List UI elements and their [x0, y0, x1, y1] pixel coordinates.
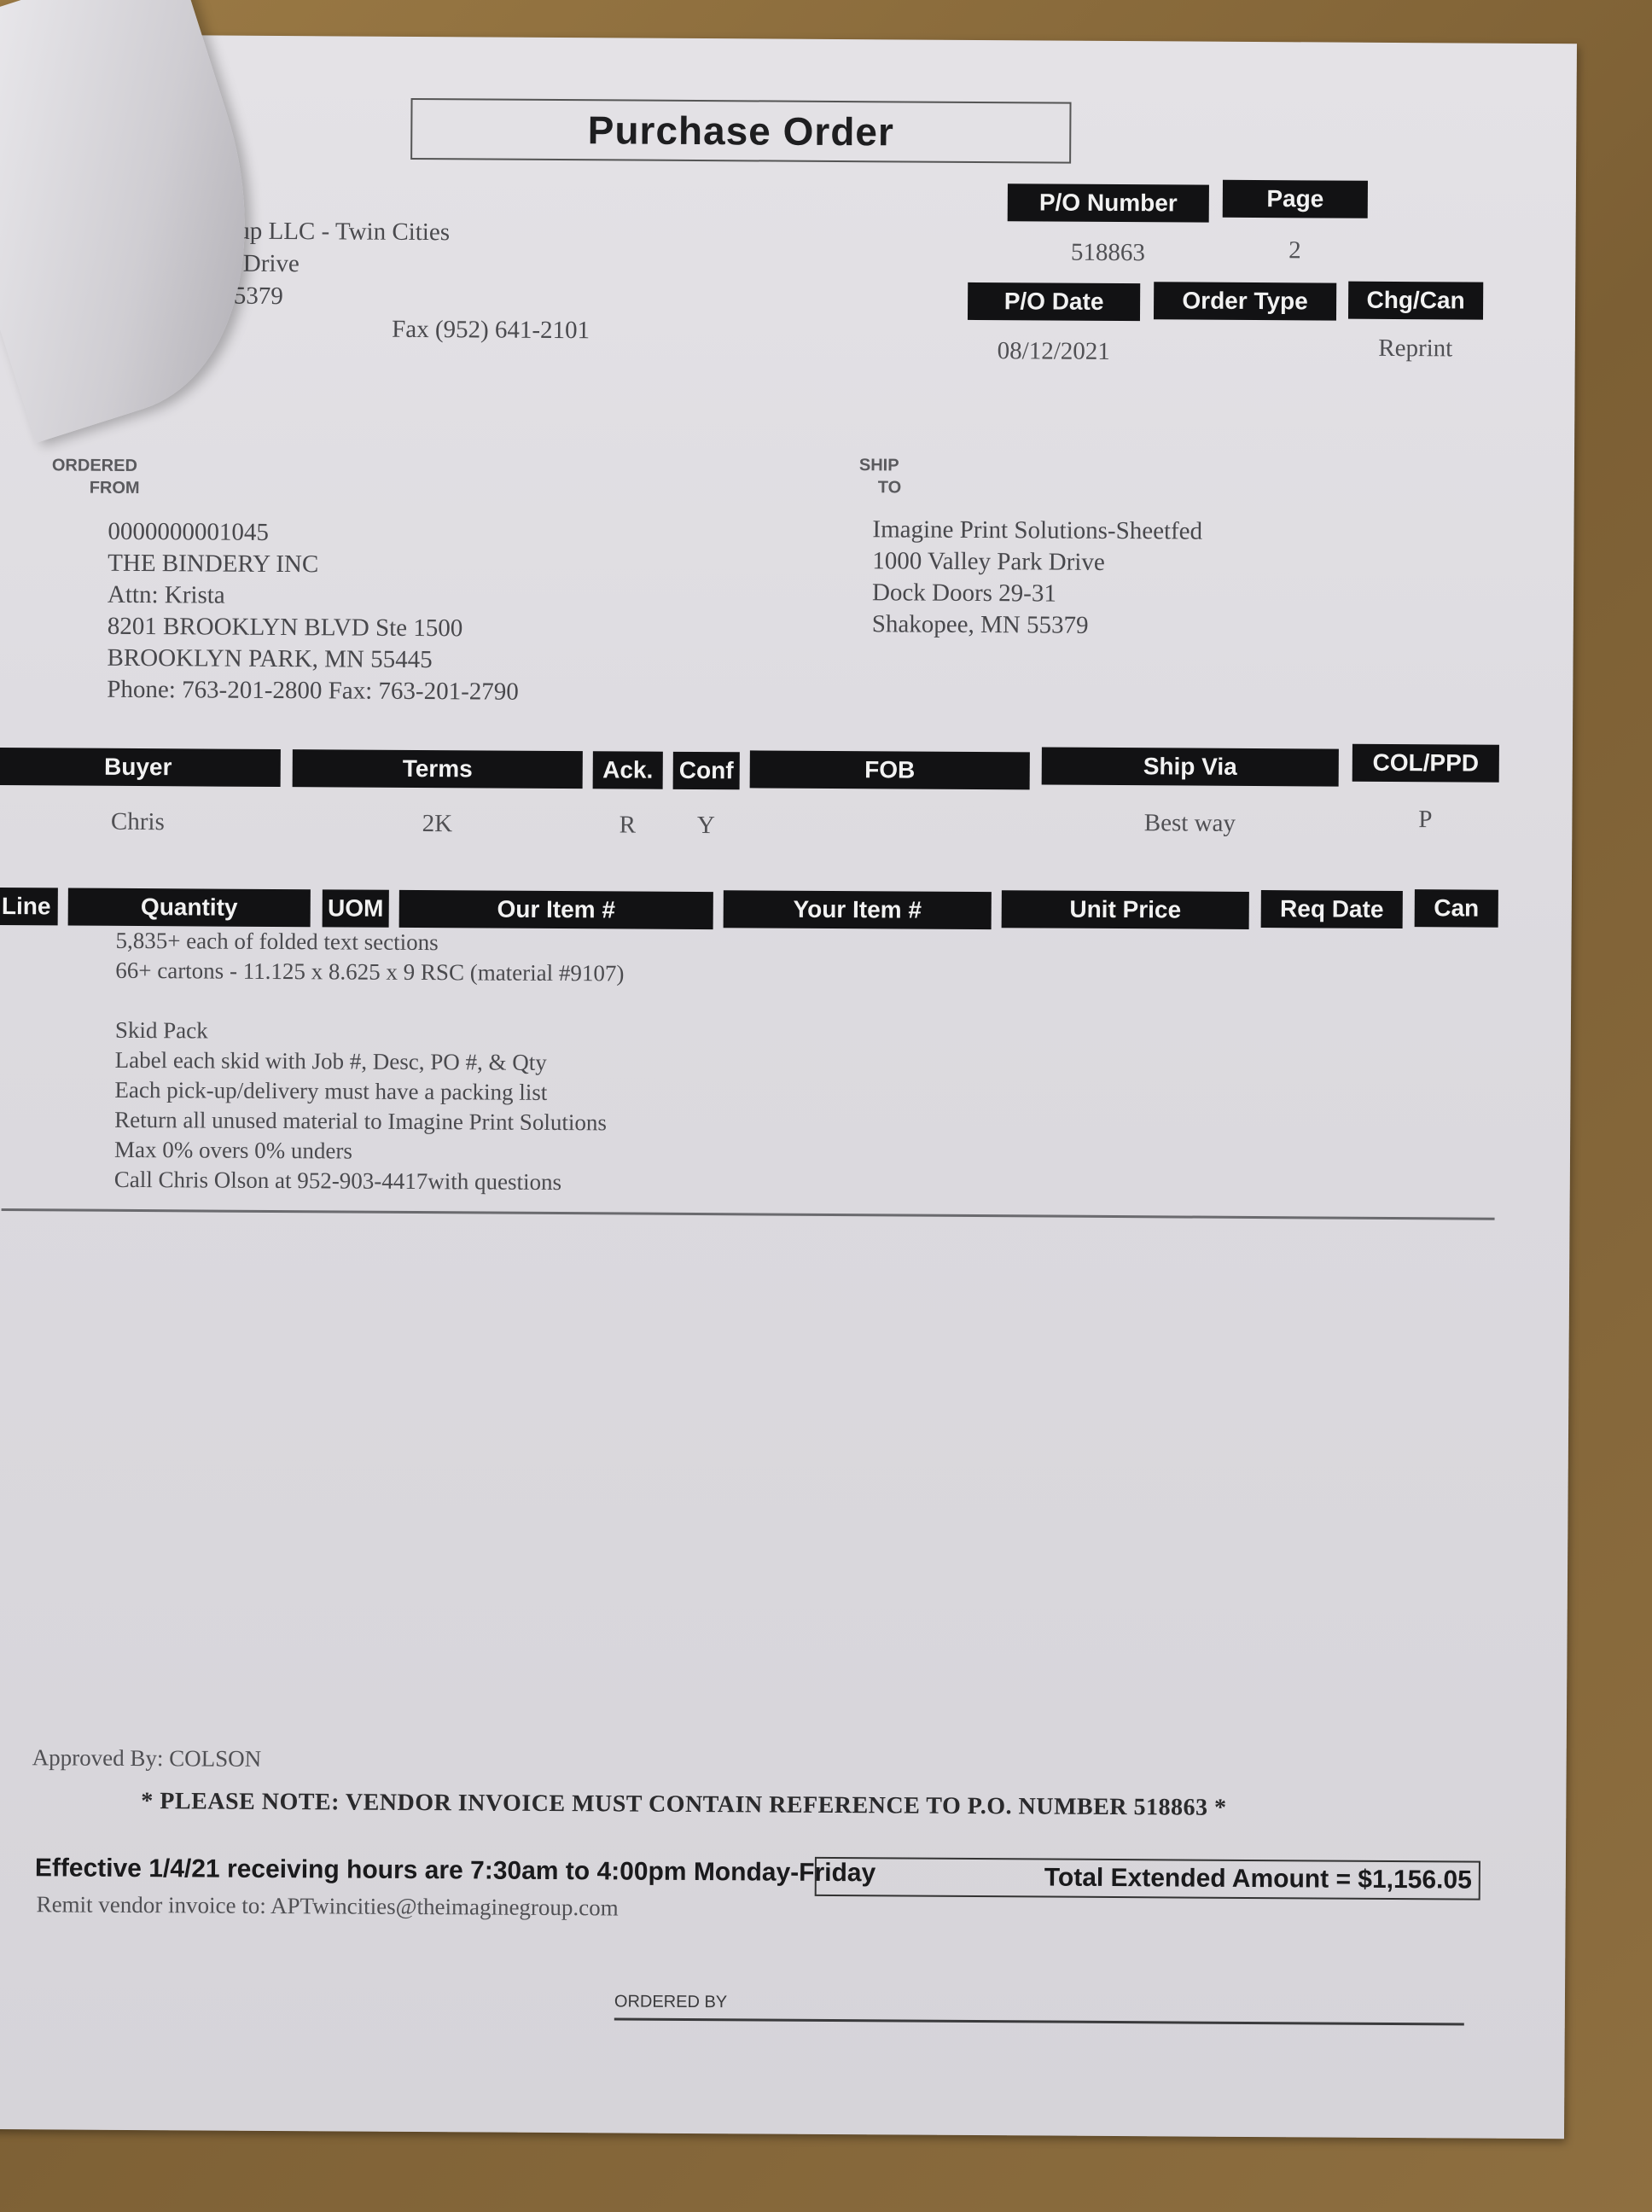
po-date-header: P/O Date — [968, 282, 1140, 321]
ship-to-dock: Dock Doors 29-31 — [872, 577, 1202, 610]
fob-value — [749, 810, 1029, 812]
vendor-city: BROOKLYN PARK, MN 55445 — [107, 643, 519, 677]
note-line: Each pick-up/delivery must have a packin… — [114, 1075, 623, 1109]
conf-header: Conf — [673, 752, 740, 789]
total-extended-amount: Total Extended Amount = $1,156.05 — [815, 1857, 1480, 1901]
ship-to-label-line2: TO — [859, 476, 902, 498]
ack-header: Ack. — [593, 751, 663, 789]
ack-value: R — [592, 811, 662, 840]
ship-via-value: Best way — [1041, 808, 1338, 838]
col-ppd-value: P — [1352, 806, 1498, 835]
remit-invoice: Remit vendor invoice to: APTwincities@th… — [37, 1891, 619, 1921]
purchase-order-sheet: Purchase Order The Imagine Group LLC - T… — [0, 34, 1577, 2139]
buyer-header: Buyer — [0, 748, 281, 787]
note-line: 66+ cartons - 11.125 x 8.625 x 9 RSC (ma… — [115, 956, 624, 989]
note-line: Max 0% overs 0% unders — [114, 1135, 623, 1168]
vendor-name: THE BINDERY INC — [108, 548, 520, 582]
page-header: Page — [1223, 180, 1368, 218]
ordered-from-label-line2: FROM — [52, 476, 140, 499]
req-date-header: Req Date — [1261, 890, 1403, 928]
page-value: 2 — [1222, 236, 1367, 265]
ordered-from-label: ORDERED FROM — [52, 454, 140, 499]
can-header: Can — [1415, 889, 1498, 928]
line-header: Line — [0, 888, 58, 925]
po-date-value: 08/12/2021 — [968, 337, 1140, 366]
order-type-value — [1154, 336, 1336, 337]
note-line: 5,835+ each of folded text sections — [115, 926, 624, 959]
note-line: Label each skid with Job #, Desc, PO #, … — [115, 1045, 624, 1079]
signature-line — [614, 2017, 1464, 2025]
ship-to-street: 1000 Valley Park Drive — [872, 545, 1202, 579]
col-ppd-header: COL/PPD — [1352, 744, 1499, 783]
ordered-by-label: ORDERED BY — [614, 1992, 727, 2012]
ship-to-city: Shakopee, MN 55379 — [872, 608, 1202, 642]
ordered-from-address: 0000000001045 THE BINDERY INC Attn: Kris… — [107, 516, 520, 708]
invoice-note: * PLEASE NOTE: VENDOR INVOICE MUST CONTA… — [141, 1788, 1226, 1822]
note-line: Call Chris Olson at 952-903-4417with que… — [114, 1165, 623, 1198]
note-line: Skid Pack — [115, 1016, 624, 1049]
chg-can-value: Reprint — [1348, 335, 1483, 364]
terms-value: 2K — [292, 809, 582, 839]
line-item-notes: 5,835+ each of folded text sections 66+ … — [114, 926, 625, 1198]
ship-to-label-line1: SHIP — [859, 454, 902, 476]
ship-to-address: Imagine Print Solutions-Sheetfed 1000 Va… — [872, 514, 1203, 642]
vendor-street: 8201 BROOKLYN BLVD Ste 1500 — [108, 611, 520, 645]
order-type-header: Order Type — [1154, 282, 1336, 320]
company-fax: Fax (952) 641-2101 — [392, 313, 590, 346]
unit-price-header: Unit Price — [1002, 890, 1249, 929]
vendor-id: 0000000001045 — [108, 516, 520, 550]
note-spacer — [115, 986, 624, 1019]
approved-by: Approved By: COLSON — [32, 1744, 262, 1773]
document-title: Purchase Order — [410, 98, 1071, 164]
note-line: Return all unused material to Imagine Pr… — [114, 1105, 623, 1138]
vendor-attn: Attn: Krista — [108, 579, 520, 614]
po-number-header: P/O Number — [1008, 183, 1209, 222]
your-item-header: Your Item # — [724, 890, 992, 929]
fob-header: FOB — [750, 750, 1030, 789]
our-item-header: Our Item # — [399, 890, 713, 929]
conf-value: Y — [672, 812, 739, 840]
ship-via-header: Ship Via — [1042, 747, 1339, 786]
po-number-value: 518863 — [1007, 238, 1208, 267]
receiving-hours: Effective 1/4/21 receiving hours are 7:3… — [35, 1854, 876, 1888]
vendor-phone-fax: Phone: 763-201-2800 Fax: 763-201-2790 — [107, 674, 519, 708]
ship-to-label: SHIP TO — [859, 454, 902, 498]
uom-header: UOM — [323, 889, 389, 927]
terms-header: Terms — [293, 749, 583, 789]
ordered-from-label-line1: ORDERED — [52, 454, 140, 477]
buyer-value: Chris — [0, 807, 280, 837]
quantity-header: Quantity — [68, 888, 311, 928]
line-items-divider — [2, 1208, 1495, 1220]
ship-to-name: Imagine Print Solutions-Sheetfed — [872, 514, 1202, 547]
chg-can-header: Chg/Can — [1348, 282, 1483, 320]
